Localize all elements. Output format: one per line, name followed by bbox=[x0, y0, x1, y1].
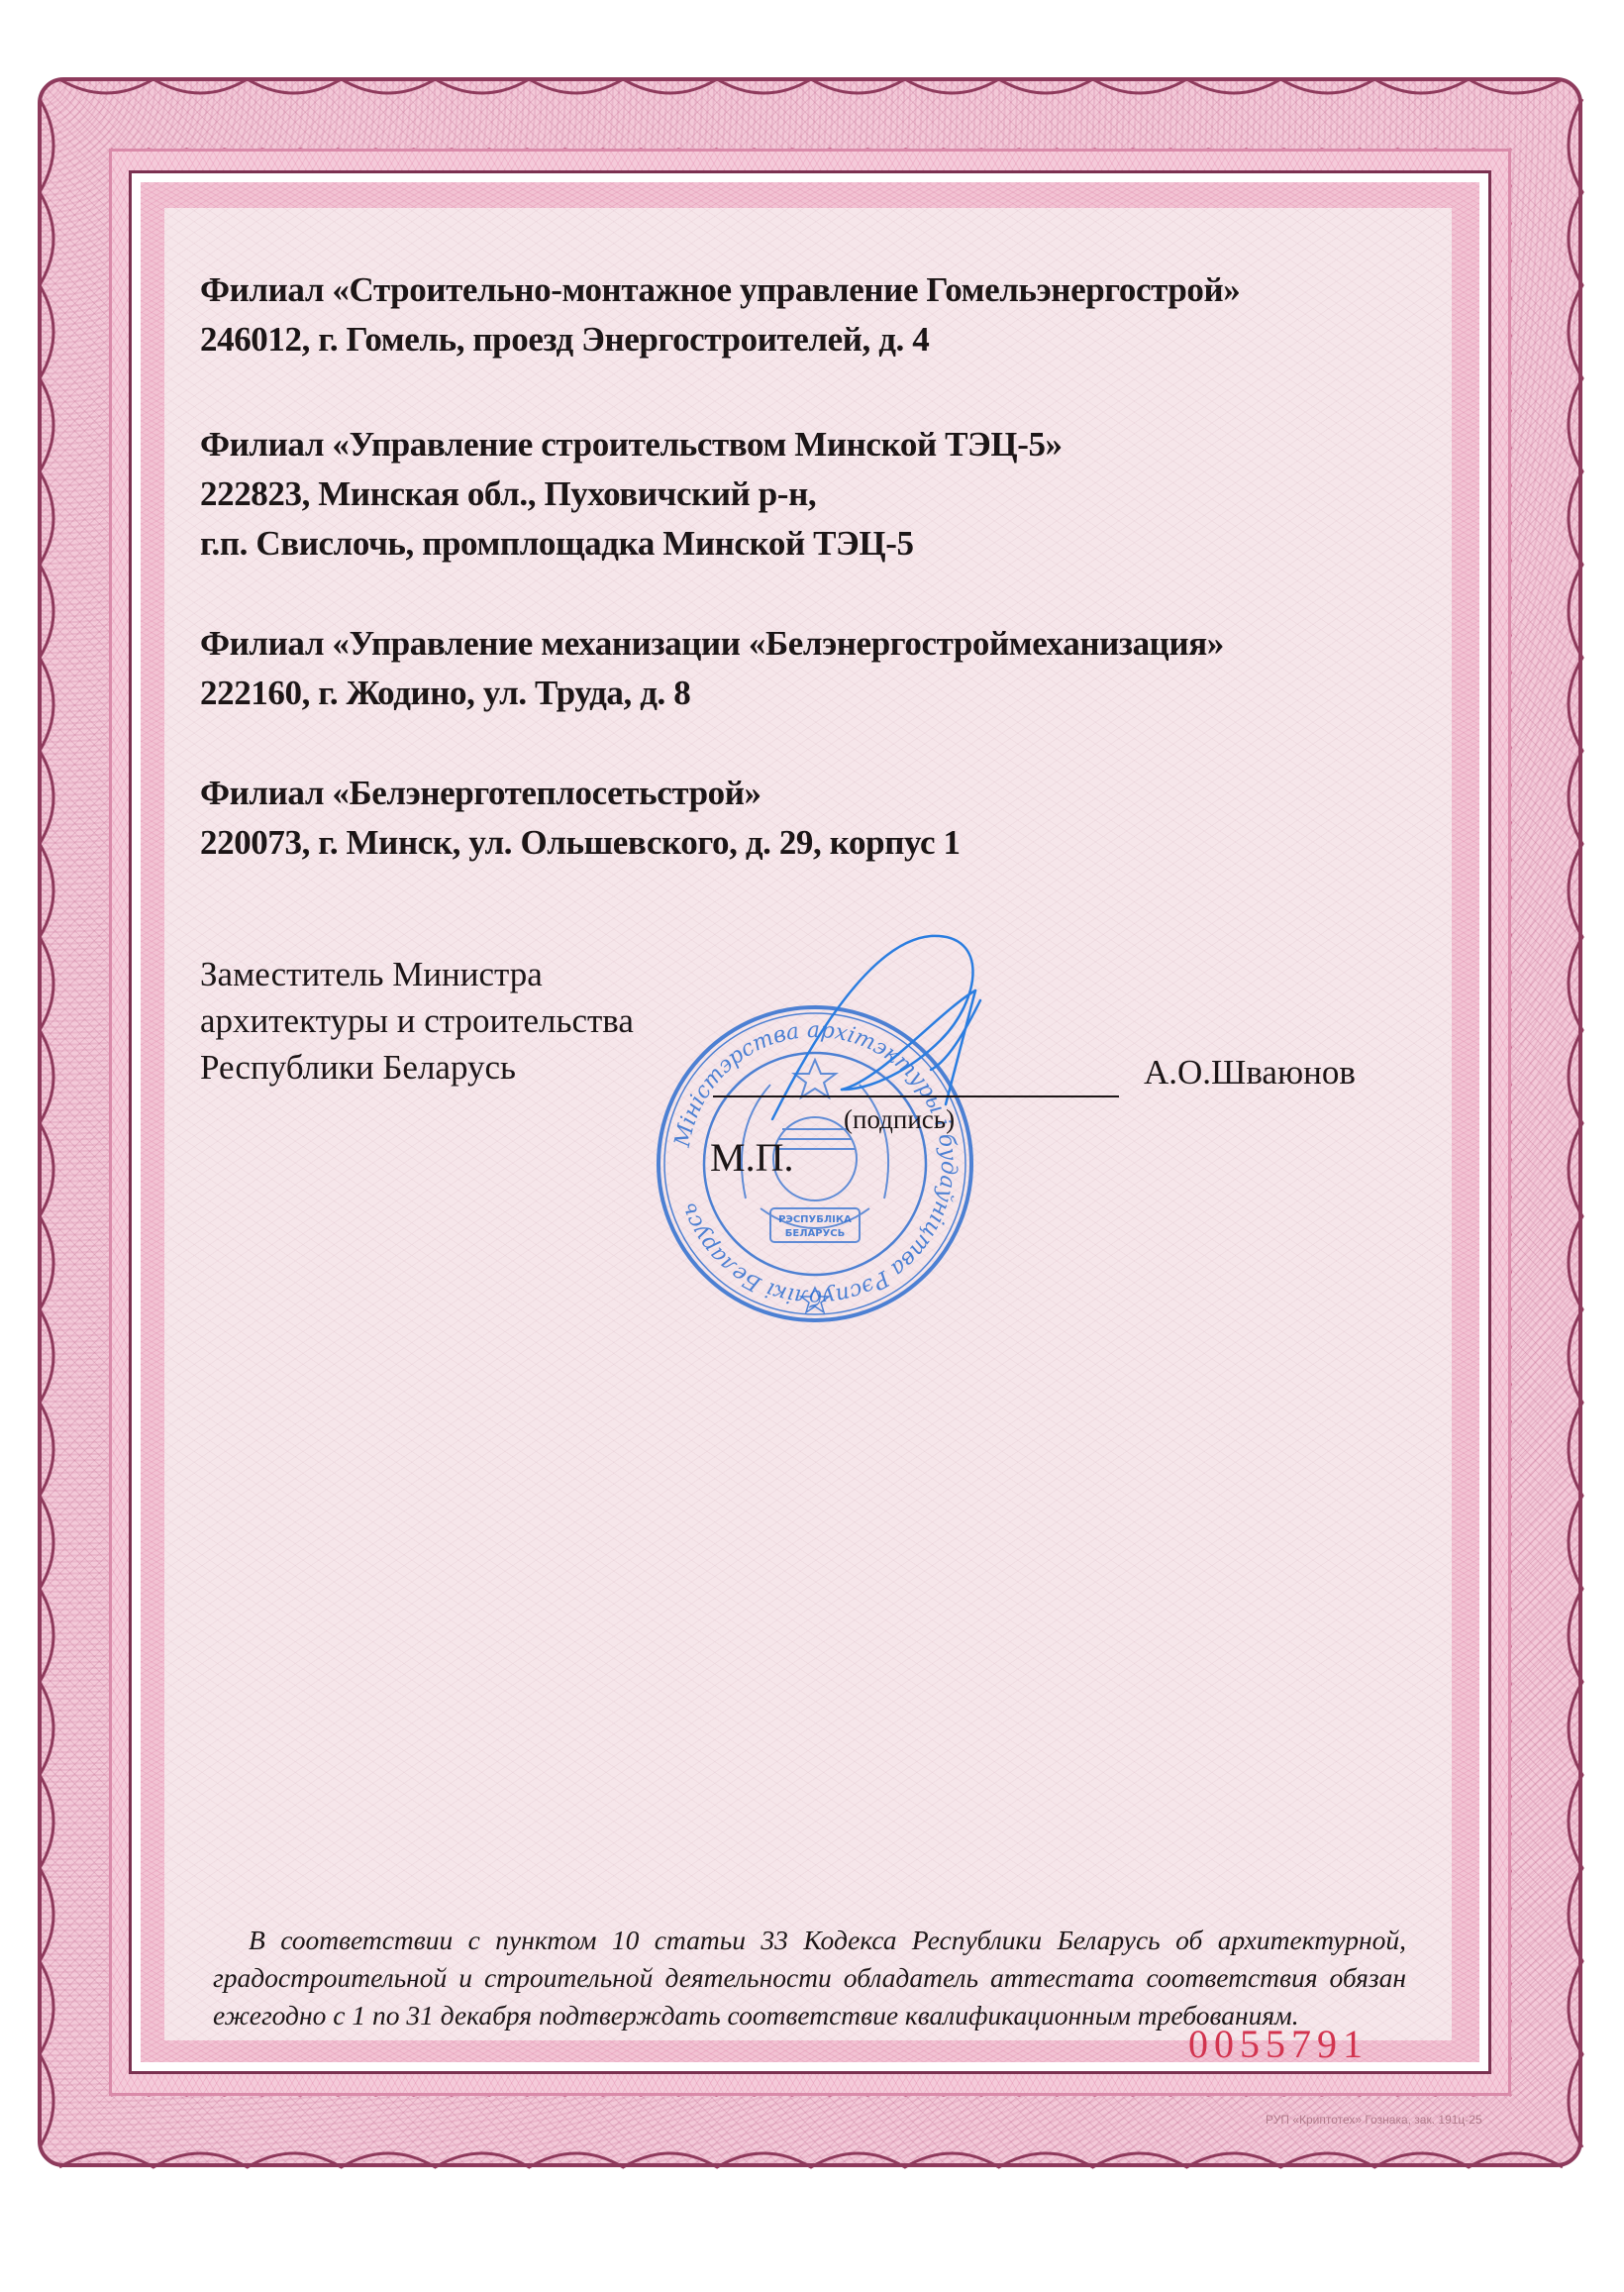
position-line: архитектуры и строительства bbox=[200, 997, 634, 1044]
branch-entry: Филиал «Управление механизации «Белэнерг… bbox=[200, 619, 1224, 718]
branch-entry: Филиал «Белэнерготеплосетьстрой» 220073,… bbox=[200, 769, 961, 868]
serial-number: 0055791 bbox=[1188, 2021, 1369, 2067]
branch-entry: Филиал «Строительно-монтажное управление… bbox=[200, 265, 1240, 365]
signatory-name: А.О.Шваюнов bbox=[1144, 1053, 1356, 1093]
branch-address: 246012, г. Гомель, проезд Энергостроител… bbox=[200, 315, 1240, 365]
seal-place-mark: М.П. bbox=[710, 1134, 793, 1181]
position-line: Заместитель Министра bbox=[200, 951, 634, 997]
signature-caption: (подпись) bbox=[844, 1104, 955, 1135]
legal-notice: В соответствии с пунктом 10 статьи 33 Ко… bbox=[213, 1922, 1406, 2034]
stamp-center-line: РЭСПУБЛІКА bbox=[778, 1214, 852, 1225]
branch-name: Филиал «Управление механизации «Белэнерг… bbox=[200, 619, 1224, 669]
printer-imprint: РУП «Криптотех» Гознака, зак. 191ц-25 bbox=[1266, 2113, 1482, 2127]
branch-name: Филиал «Управление строительством Минско… bbox=[200, 420, 1063, 469]
branch-address: 220073, г. Минск, ул. Ольшевского, д. 29… bbox=[200, 818, 961, 868]
branch-address: 222160, г. Жодино, ул. Труда, д. 8 bbox=[200, 669, 1224, 718]
branch-entry: Филиал «Управление строительством Минско… bbox=[200, 420, 1063, 569]
branch-address: г.п. Свислочь, промплощадка Минской ТЭЦ-… bbox=[200, 519, 1063, 569]
branch-name: Филиал «Строительно-монтажное управление… bbox=[200, 265, 1240, 315]
stamp-center-line: БЕЛАРУСЬ bbox=[785, 1228, 846, 1239]
signature-line bbox=[713, 1095, 1119, 1097]
position-line: Республики Беларусь bbox=[200, 1044, 634, 1091]
signatory-position: Заместитель Министра архитектуры и строи… bbox=[200, 951, 634, 1091]
branch-name: Филиал «Белэнерготеплосетьстрой» bbox=[200, 769, 961, 818]
branch-address: 222823, Минская обл., Пуховичский р-н, bbox=[200, 469, 1063, 519]
